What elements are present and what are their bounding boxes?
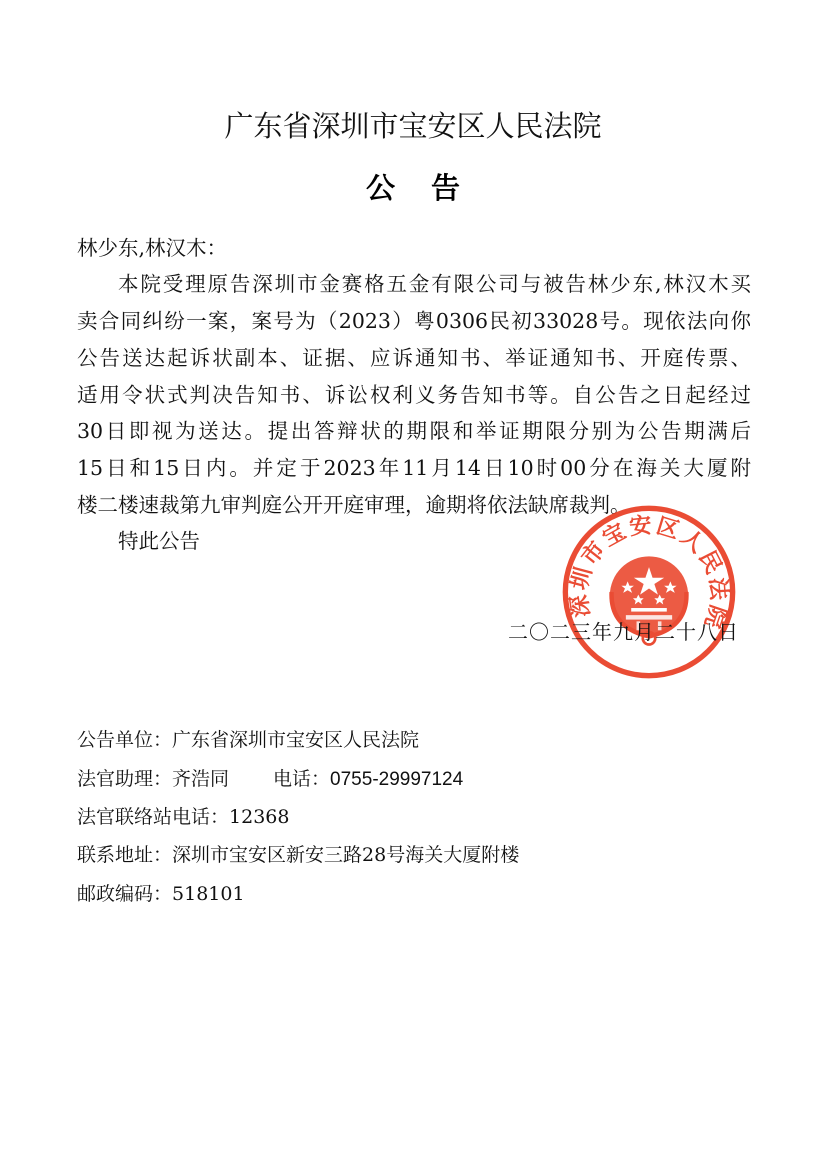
- addressee: 林少东,林汉木：: [77, 235, 227, 261]
- hotline-label: 法官联络站电话：: [77, 806, 229, 828]
- footer-address: 联系地址：深圳市宝安区新安三路28号海关大厦附楼: [77, 840, 519, 867]
- postcode-label: 邮政编码：: [77, 883, 172, 905]
- body-line-5: 30日即视为送达。提出答辩状的期限和举证期限分别为公告期满后: [77, 418, 751, 444]
- court-seal: 深圳市宝安区人民法院: [560, 503, 738, 681]
- notice-date: 二〇二三年九月二十八日: [508, 616, 739, 645]
- phone-label: 电话：: [273, 768, 330, 790]
- issuer-label: 公告单位：: [77, 729, 172, 751]
- issuer-value: 广东省深圳市宝安区人民法院: [172, 729, 419, 751]
- body-line-4: 适用令状式判决告知书、诉讼权利义务告知书等。自公告之日起经过: [77, 382, 751, 408]
- court-name-heading: 广东省深圳市宝安区人民法院: [0, 104, 826, 145]
- assistant-value: 齐浩同: [172, 768, 229, 790]
- hotline-value: 12368: [229, 806, 289, 828]
- notice-title-char-2: 告: [431, 171, 460, 205]
- phone-value: 0755-29997124: [330, 769, 463, 790]
- notice-title: 公告: [0, 166, 826, 207]
- postcode-value: 518101: [172, 883, 245, 905]
- body-line-1: 本院受理原告深圳市金赛格五金有限公司与被告林少东,林汉木买: [118, 271, 751, 297]
- assistant-label: 法官助理：: [77, 768, 172, 790]
- notice-title-char-1: 公: [366, 171, 395, 205]
- seal-emblem-icon: 深圳市宝安区人民法院: [560, 503, 738, 681]
- body-line-6: 15日和15日内。并定于2023年11月14日10时00分在海关大厦附: [77, 455, 751, 481]
- address-label: 联系地址：: [77, 844, 172, 866]
- notice-page: 广东省深圳市宝安区人民法院 公告 林少东,林汉木： 本院受理原告深圳市金赛格五金…: [0, 0, 826, 1169]
- body-line-7: 楼二楼速裁第九审判庭公开开庭审理，逾期将依法缺席裁判。: [77, 492, 631, 518]
- address-value: 深圳市宝安区新安三路28号海关大厦附楼: [172, 844, 519, 866]
- footer-assistant: 法官助理：齐浩同电话：0755-29997124: [77, 764, 463, 791]
- footer-postcode: 邮政编码：518101: [77, 879, 245, 906]
- body-line-2: 卖合同纠纷一案，案号为（2023）粤0306民初33028号。现依法向你: [77, 308, 751, 334]
- closing-phrase: 特此公告: [118, 528, 200, 554]
- footer-hotline: 法官联络站电话：12368: [77, 802, 289, 829]
- footer-issuer: 公告单位：广东省深圳市宝安区人民法院: [77, 725, 419, 752]
- body-line-3: 公告送达起诉状副本、证据、应诉通知书、举证通知书、开庭传票、: [77, 345, 751, 371]
